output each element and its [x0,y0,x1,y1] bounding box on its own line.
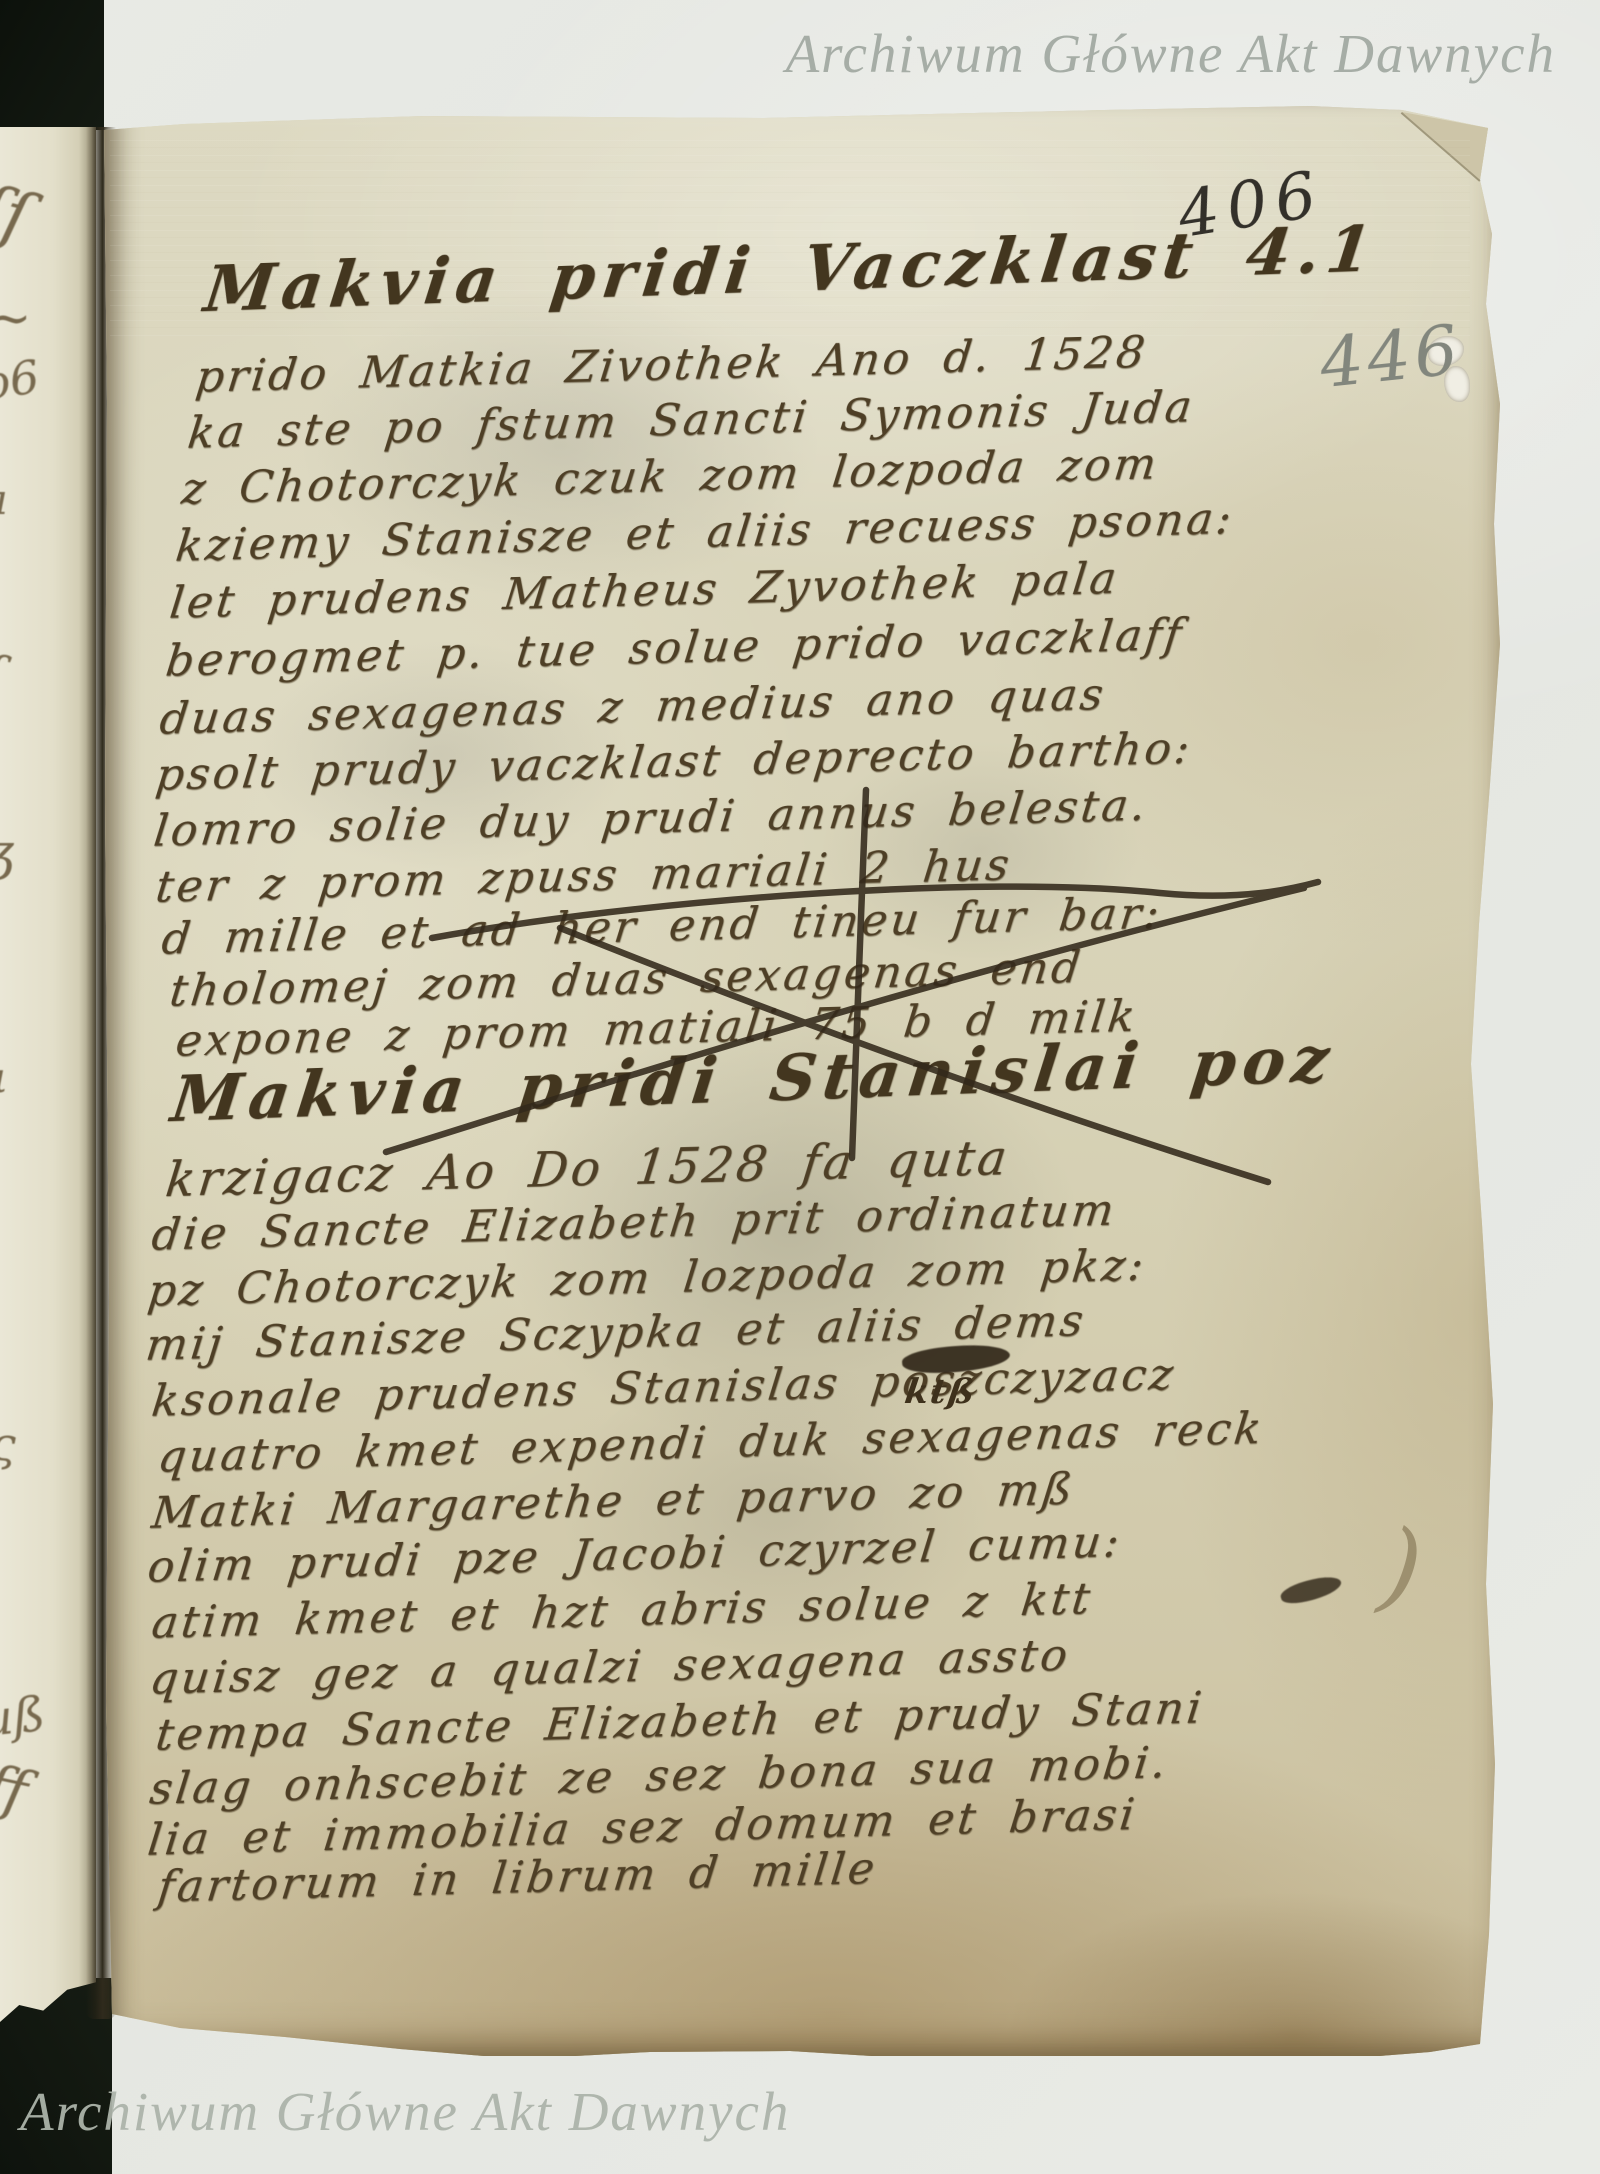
archive-watermark-top: Archiwum Główne Akt Dawnych [786,22,1556,85]
folio-number-pencil: 446 [1316,311,1465,404]
margin-ink-fragment: uß [0,1686,48,1748]
margin-ink-fragment: ı [0,475,7,524]
book-cradle-top-left [0,0,104,130]
margin-ink-fragment: ~ [0,289,32,349]
margin-ink-fragment: ɾ [0,634,14,693]
margin-ink-fragment: ʒ [0,823,14,881]
margin-ink-fragment: ɔ6 [0,349,43,410]
blot-correction-caption: ktß [902,1372,979,1412]
margin-ink-fragment: ſſ [0,170,37,257]
margin-ink-fragment: ι [0,1053,8,1102]
margin-ink-fragment: ς [0,1417,16,1471]
previous-page-edge: ſſ ~ ɔ6 ı ɾ ʒ ι ς uß ff [0,127,96,2022]
margin-ink-fragment: ff [0,1751,34,1826]
archival-scan: ſſ ~ ɔ6 ı ɾ ʒ ι ς uß ff Makvia pridi Vac… [0,0,1600,2174]
archive-watermark-bottom: Archiwum Główne Akt Dawnych [20,2080,790,2143]
